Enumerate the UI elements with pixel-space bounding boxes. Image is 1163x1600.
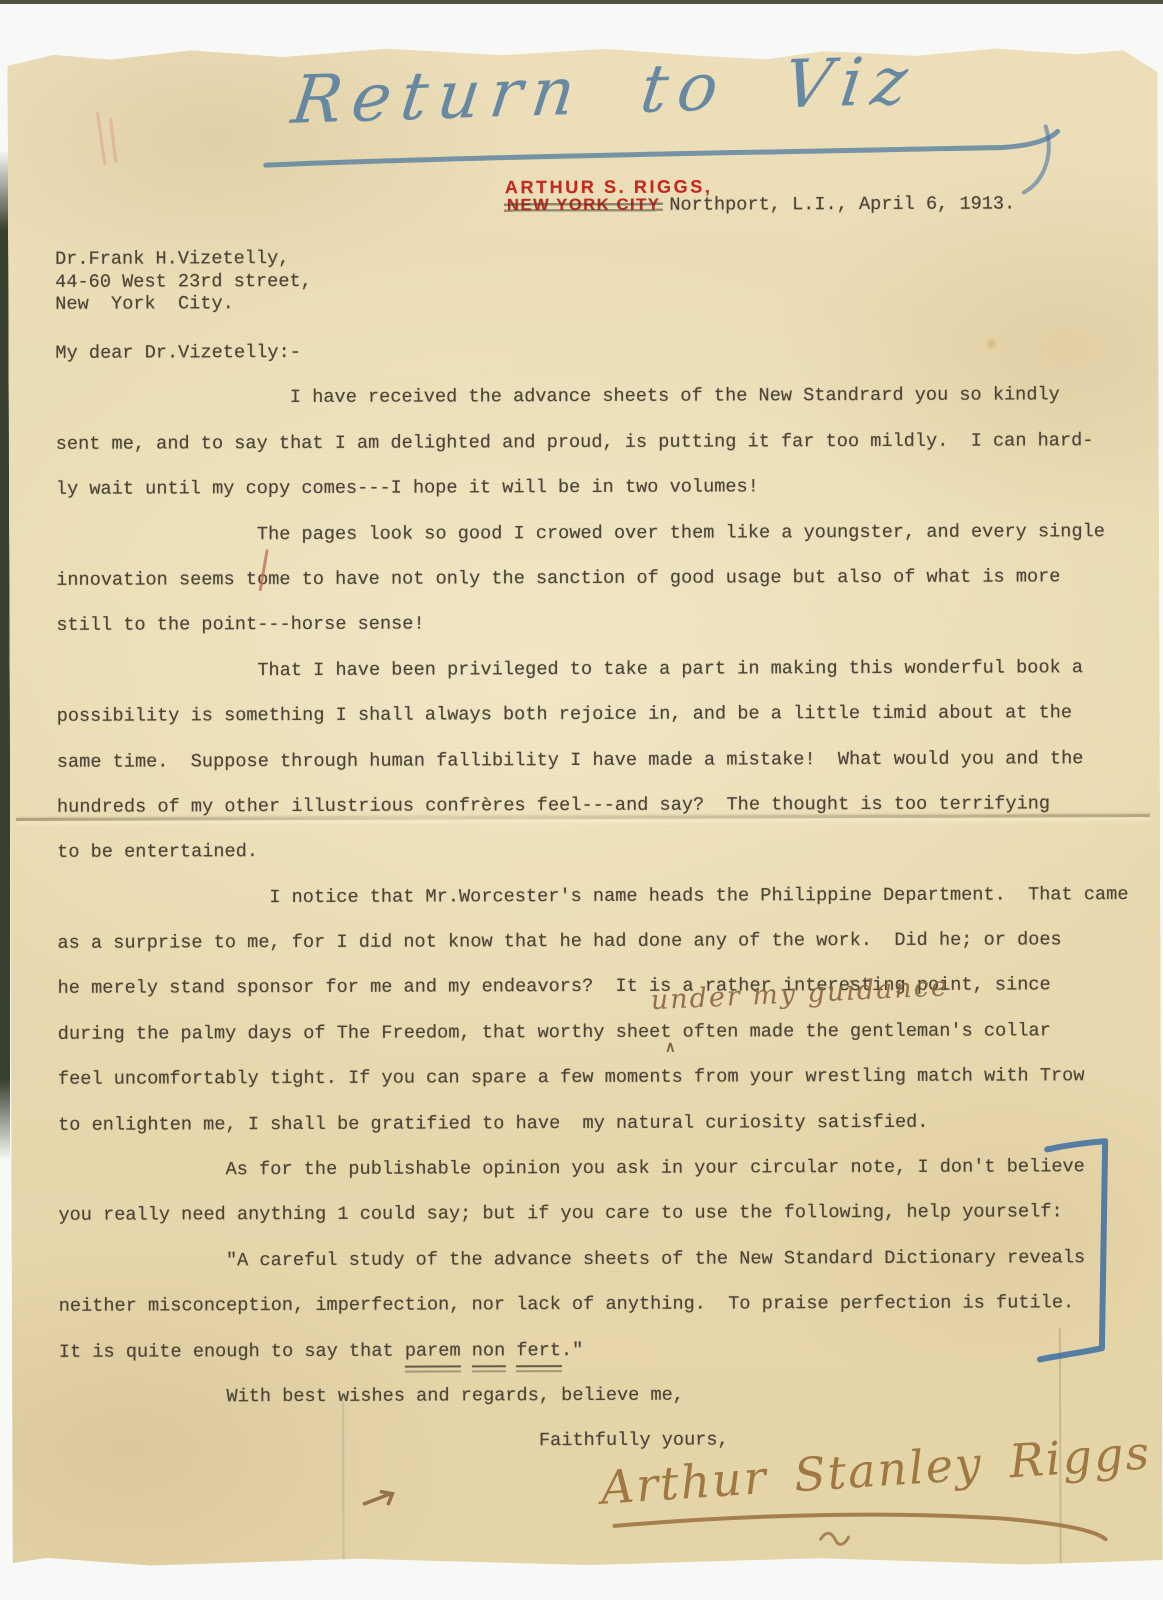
phrase-underline-echo [516, 1370, 562, 1372]
typed-line: innovation seems tome to have not only t… [56, 554, 1127, 603]
recipient-line: Dr.Frank H.Vizetelly, [55, 248, 312, 271]
signature-flourish [614, 1514, 1105, 1541]
typed-line: feel uncomfortably tight. If you can spa… [58, 1053, 1129, 1102]
scan-background: Return to Viz ARTHUR S. RIGGS, NEW YORK … [0, 0, 1163, 1600]
typed-line: That I have been privileged to take a pa… [56, 645, 1127, 694]
typed-line: "A careful study of the advance sheets o… [59, 1235, 1130, 1284]
phrase-underline-echo [405, 1370, 461, 1372]
handwritten-return-note: Return to Viz [288, 42, 922, 139]
typed-line: neither misconception, imperfection, nor… [59, 1280, 1130, 1329]
typed-line: ly wait until my copy comes---I hope it … [56, 463, 1127, 512]
blue-descender-tail [1024, 126, 1049, 192]
typed-line: hundreds of my other illustrious confrèr… [57, 781, 1128, 830]
typed-line: as a surprise to me, for I did not know … [57, 917, 1128, 966]
phrase-underline [516, 1365, 562, 1367]
signature-initial-mark [821, 1533, 849, 1544]
typed-line: The pages look so good I crowed over the… [56, 509, 1127, 558]
typed-line: to be entertained. [57, 826, 1128, 875]
insertion-caret-mark: ∧ [665, 1038, 676, 1056]
scanner-edge-top [0, 0, 1163, 4]
typed-line: same time. Suppose through human fallibi… [57, 736, 1128, 785]
paper-sheet: Return to Viz ARTHUR S. RIGGS, NEW YORK … [7, 42, 1162, 1570]
typed-line: to enlighten me, I shall be gratified to… [58, 1099, 1129, 1148]
typed-line: during the palmy days of The Freedom, th… [58, 1008, 1129, 1057]
typed-line: I have received the advance sheets of th… [55, 372, 1126, 421]
typed-line: I notice that Mr.Worcester's name heads … [57, 872, 1128, 921]
typed-dateline: Northport, L.I., April 6, 1913. [669, 193, 1015, 215]
typed-line: possibility is something I shall always … [57, 690, 1128, 739]
typed-line: With best wishes and regards, believe me… [59, 1371, 1130, 1420]
letter-content: Return to Viz ARTHUR S. RIGGS, NEW YORK … [0, 0, 1163, 1600]
typed-line: sent me, and to say that I am delighted … [56, 418, 1127, 467]
red-crayon-marks [98, 114, 116, 164]
recipient-line: 44-60 West 23rd street, [55, 271, 312, 294]
arrow-mark [364, 1492, 392, 1504]
typed-line: you really need anything 1 could say; bu… [58, 1190, 1129, 1239]
blue-underline-flourish [266, 131, 1058, 165]
phrase-underline-echo [472, 1370, 506, 1372]
phrase-underline [405, 1365, 461, 1367]
typed-line: As for the publishable opinion you ask i… [58, 1144, 1129, 1193]
dateline-row: NEW YORK CITY Northport, L.I., April 6, … [507, 193, 1015, 216]
typed-line: he merely stand sponsor for me and my en… [58, 963, 1129, 1012]
phrase-underline [472, 1365, 506, 1367]
struck-city-label: NEW YORK CITY [507, 196, 660, 216]
typed-line: My dear Dr.Vizetelly:- [55, 327, 1126, 376]
recipient-block: Dr.Frank H.Vizetelly,44-60 West 23rd str… [55, 248, 312, 317]
letter-body: My dear Dr.Vizetelly:- I have received t… [55, 327, 1130, 1465]
typed-line: still to the point---horse sense! [56, 599, 1127, 648]
recipient-line: New York City. [55, 293, 312, 316]
typed-line: It is quite enough to say that parem non… [59, 1326, 1130, 1375]
